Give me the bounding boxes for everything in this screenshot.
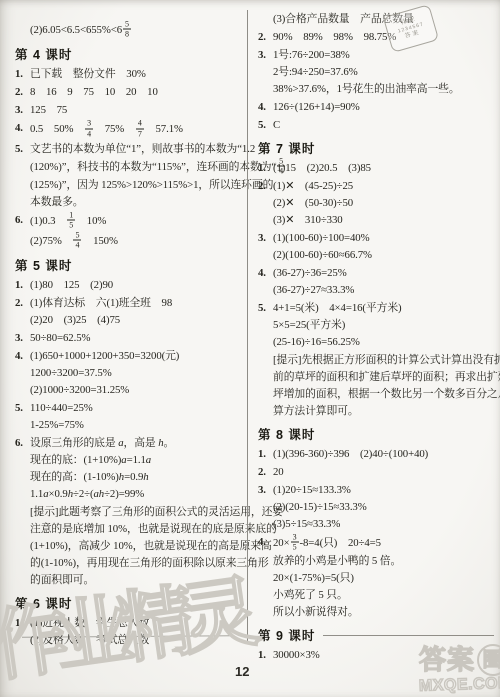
text-segment: 现在的高：(1-10%) <box>30 471 119 483</box>
answer-item: 4.0.5 50% 34 75% 47 57.1% <box>15 120 247 139</box>
answer-line: 文艺书的本数为单位“1”，则故事书的本数为“1.2 <box>30 141 247 158</box>
text-segment: 126÷(126+14)=90% <box>273 101 360 113</box>
answer-line: 小鸡死了 5 只。 <box>273 587 494 604</box>
text-segment: [提示]此题考察了三角形的面积公式的灵活运用，还要 <box>30 506 283 518</box>
section-heading-label: 第 8 课时 <box>258 425 315 443</box>
text-segment: =0.9 <box>124 471 143 483</box>
item-content: 20×35-8=4(只) 20÷4=5放养的小鸡是小鸭的 5 倍。20×(1-7… <box>273 534 494 621</box>
fraction: 15 <box>67 211 75 230</box>
text-segment: (2)20 (3)25 (4)75 <box>30 314 120 326</box>
text-segment: 57.1% <box>145 124 183 136</box>
answer-line: 125 75 <box>30 102 247 119</box>
item-number: 1. <box>258 647 273 664</box>
answer-line: (125%)”，因为 125%>120%>115%>1，所以连环画的 <box>30 177 247 194</box>
text-segment: 20 <box>273 466 284 478</box>
item-content: 8 16 9 75 10 20 10 <box>30 84 247 101</box>
item-content: (1)650+1000+1200+350=3200(元)1200÷3200=37… <box>30 348 247 399</box>
text-segment: 5×5=25(平方米) <box>273 319 345 331</box>
item-content: 4+1=5(米) 4×4=16(平方米)5×5=25(平方米)(25-16)÷1… <box>273 300 494 351</box>
item-number: 1. <box>258 446 273 463</box>
answer-item: 6.设原三角形的底是 a，高是 h。现在的底：(1+10%)a=1.1a现在的高… <box>15 435 247 503</box>
answer-line: 现在的底：(1+10%)a=1.1a <box>30 452 247 469</box>
answer-item: 3.(1)20÷15≈133.3%(2)(20-15)÷15≈33.3%(3)5… <box>258 482 494 533</box>
item-number <box>15 504 30 589</box>
answer-line: (2)20 (3)25 (4)75 <box>30 312 247 329</box>
text-segment: 20× <box>273 537 290 549</box>
text-segment: (3)5÷15≈33.3% <box>273 518 340 530</box>
section-heading: 第 7 课时 <box>258 139 494 157</box>
answer-line: 110÷440=25% <box>30 400 247 417</box>
item-number: 5. <box>15 400 30 434</box>
text-segment: 2号:94÷250=37.6% <box>273 66 358 78</box>
item-number: 1. <box>15 615 30 649</box>
text-segment: =1.1 <box>127 454 146 466</box>
text-segment: 90% 89% 98% 98.75% <box>273 31 396 43</box>
answer-item: 5.110÷440=25%1-25%=75% <box>15 400 247 434</box>
text-segment: (125%)”，因为 125%>120%>115%>1，所以连环画的 <box>30 179 273 191</box>
text-segment: -8=4(只) 20÷4=5 <box>300 537 381 549</box>
item-number <box>258 352 273 420</box>
item-number: 5. <box>15 141 30 211</box>
answer-line: 注意的是底增加 10%，也就是说现在的底是原来底的 <box>30 521 247 538</box>
text-segment: 30000×3% <box>273 649 320 661</box>
answer-item: 1.30000×3% <box>258 647 494 664</box>
answer-line: 坪增加的面积，根据一个数比另一个数多百分之几的计 <box>273 386 494 403</box>
item-number: 2. <box>258 29 273 46</box>
paragraph: (2)6.05<6.5<655%<658 <box>15 21 247 40</box>
text-segment: h <box>143 471 148 483</box>
answer-line: (1)(396-360)÷396 (2)40÷(100+40) <box>273 446 494 463</box>
answer-line: (120%)”，科技书的本数为“115%”，连环画的本数为“54 <box>30 158 247 177</box>
answer-item: 1.(1)近视人数 学生总人数(2)及格人数 考试总人数 <box>15 615 247 649</box>
answer-item: 1.(1)80 125 (2)90 <box>15 277 247 294</box>
item-number: 3. <box>258 230 273 264</box>
answer-line: 前的草坪的面积和扩建后草坪的面积；再求出扩建后草 <box>273 369 494 386</box>
text-segment: (2)✕ (50-30)÷50 <box>273 197 353 209</box>
answer-item: 4.126÷(126+14)=90% <box>258 99 494 116</box>
site-url-watermark: MXQE.COM <box>419 674 500 696</box>
paragraph: [提示]此题考察了三角形的面积公式的灵活运用，还要注意的是底增加 10%，也就是… <box>15 504 247 589</box>
left-column: (2)6.05<6.5<655%<658第 4 课时1.已下载 整份文件 30%… <box>15 21 247 650</box>
item-number: 2. <box>15 295 30 329</box>
answer-line: (3)5÷15≈33.3% <box>273 516 494 533</box>
answer-item: 2.(1)体育达标 六(1)班全班 98(2)20 (3)25 (4)75 <box>15 295 247 329</box>
answer-item: 5.4+1=5(米) 4×4=16(平方米)5×5=25(平方米)(25-16)… <box>258 300 494 351</box>
text-segment: 的(1-10%)，再用现在三角形的面积除以原来三角形 <box>30 557 269 569</box>
answer-item: 2.8 16 9 75 10 20 10 <box>15 84 247 101</box>
item-number: 1. <box>15 66 30 83</box>
text-segment: (36-27)÷27≈33.3% <box>273 284 354 296</box>
answer-line: 38%>37.6%，1号花生的出油率高一些。 <box>273 81 494 98</box>
answer-line: 8 16 9 75 10 20 10 <box>30 84 247 101</box>
answer-line: 4+1=5(米) 4×4=16(平方米) <box>273 300 494 317</box>
text-segment: 所以小新说得对。 <box>273 606 359 618</box>
text-segment: 20×(1-75%)=5(只) <box>273 572 354 584</box>
item-content: (1)0.3 15 10%(2)75% 54 150% <box>30 212 247 251</box>
column-divider <box>247 10 248 642</box>
item-number: 2. <box>258 464 273 481</box>
text-segment: (1)20÷15≈133.3% <box>273 484 351 496</box>
text-segment: (1)近视人数 学生总人数 <box>30 617 149 629</box>
answer-line: 1200÷3200=37.5% <box>30 365 247 382</box>
section-heading-label: 第 9 课时 <box>258 626 315 644</box>
answer-line: 1-25%=75% <box>30 417 247 434</box>
item-content: 125 75 <box>30 102 247 119</box>
answer-line: (3)✕ 310÷330 <box>273 212 494 229</box>
item-content: 文艺书的本数为单位“1”，则故事书的本数为“1.2(120%)”，科技书的本数为… <box>30 141 247 211</box>
text-segment: 本数最多。 <box>30 196 83 208</box>
item-number: 5. <box>258 300 273 351</box>
section-heading: 第 8 课时 <box>258 425 494 443</box>
item-content: (2)6.05<6.5<655%<658 <box>30 21 247 40</box>
page-number: 12 <box>235 664 249 679</box>
text-segment: 38%>37.6%，1号花生的出油率高一些。 <box>273 83 460 95</box>
answer-line: (2)✕ (50-30)÷50 <box>273 195 494 212</box>
answer-item: 2.90% 89% 98% 98.75% <box>258 29 494 46</box>
text-segment: ah <box>93 488 104 500</box>
item-number: 2. <box>258 178 273 229</box>
item-content: [提示]此题考察了三角形的面积公式的灵活运用，还要注意的是底增加 10%，也就是… <box>30 504 247 589</box>
answer-line: (1)✕ (45-25)÷25 <box>273 178 494 195</box>
answer-item: 5.C <box>258 117 494 134</box>
answer-item: 6.(1)0.3 15 10%(2)75% 54 150% <box>15 212 247 251</box>
answer-line: 5×5=25(平方米) <box>273 317 494 334</box>
answer-line: 30000×3% <box>273 647 494 664</box>
answer-line: (1+10%)，高减少 10%，也就是说现在的高是原来高 <box>30 538 247 555</box>
text-segment: (1)15 (2)20.5 (3)85 <box>273 162 371 174</box>
fraction: 47 <box>136 119 144 138</box>
text-segment: 1.1 <box>30 488 43 500</box>
answer-item: 4.(36-27)÷36=25%(36-27)÷27≈33.3% <box>258 265 494 299</box>
item-number: 3. <box>15 330 30 347</box>
answer-line: 现在的高：(1-10%)h=0.9h <box>30 469 247 486</box>
text-segment: (36-27)÷36=25% <box>273 267 347 279</box>
heading-rule <box>323 635 494 636</box>
section-heading-label: 第 5 课时 <box>15 256 72 274</box>
section-heading: 第 4 课时 <box>15 45 247 63</box>
item-content: (1)(396-360)÷396 (2)40÷(100+40) <box>273 446 494 463</box>
text-segment: (2)1000÷3200=31.25% <box>30 384 129 396</box>
text-segment: 的面积即可。 <box>30 574 94 586</box>
answer-line: 20 <box>273 464 494 481</box>
section-heading: 第 9 课时 <box>258 626 494 644</box>
fraction: 35 <box>291 533 299 552</box>
item-content: (1)20÷15≈133.3%(2)(20-15)÷15≈33.3%(3)5÷1… <box>273 482 494 533</box>
item-content: (1)近视人数 学生总人数(2)及格人数 考试总人数 <box>30 615 247 649</box>
item-content: (1)15 (2)20.5 (3)85 <box>273 160 494 177</box>
item-content: (1)80 125 (2)90 <box>30 277 247 294</box>
text-segment: 。 <box>164 437 175 449</box>
item-content: [提示]先根据正方形面积的计算公式计算出没有扩建前的草坪的面积和扩建后草坪的面积… <box>273 352 494 420</box>
answer-item: 3.(1)(100-60)÷100=40%(2)(100-60)÷60≈66.7… <box>258 230 494 264</box>
text-segment: 4+1=5(米) 4×4=16(平方米) <box>273 302 402 314</box>
answer-item: 1.(1)(396-360)÷396 (2)40÷(100+40) <box>258 446 494 463</box>
text-segment: ÷2)=99% <box>104 488 144 500</box>
text-segment: (1)0.3 <box>30 215 66 227</box>
answer-line: (36-27)÷27≈33.3% <box>273 282 494 299</box>
answer-line: (36-27)÷36=25% <box>273 265 494 282</box>
text-segment: 110÷440=25% <box>30 402 93 414</box>
text-segment: (1)(396-360)÷396 (2)40÷(100+40) <box>273 448 428 460</box>
answer-line: 的(1-10%)，再用现在三角形的面积除以原来三角形 <box>30 555 247 572</box>
answer-line: 20×(1-75%)=5(只) <box>273 570 494 587</box>
item-content: C <box>273 117 494 134</box>
text-segment: (2)75% <box>30 235 72 247</box>
item-number: 5. <box>258 117 273 134</box>
text-segment: (1)650+1000+1200+350=3200(元) <box>30 350 179 362</box>
item-number: 1. <box>258 160 273 177</box>
text-segment: 前的草坪的面积和扩建后草坪的面积；再求出扩建后草 <box>273 371 500 383</box>
text-segment: (2)(20-15)÷15≈33.3% <box>273 501 367 513</box>
workbook-answer-page: (2)6.05<6.5<655%<658第 4 课时1.已下载 整份文件 30%… <box>0 0 500 697</box>
item-content: 已下载 整份文件 30% <box>30 66 247 83</box>
section-heading-label: 第 6 课时 <box>15 594 72 612</box>
item-number: 4. <box>15 120 30 139</box>
text-segment: 1-25%=75% <box>30 419 84 431</box>
item-number <box>15 21 30 40</box>
answer-line: 2号:94÷250=37.6% <box>273 64 494 81</box>
item-content: (1)✕ (45-25)÷25(2)✕ (50-30)÷50(3)✕ 310÷3… <box>273 178 494 229</box>
answer-line: (1)体育达标 六(1)班全班 98 <box>30 295 247 312</box>
item-content: 20 <box>273 464 494 481</box>
item-content: (1)(100-60)÷100=40%(2)(100-60)÷60≈66.7% <box>273 230 494 264</box>
text-segment: 1号:76÷200=38% <box>273 49 350 61</box>
text-segment: (25-16)÷16=56.25% <box>273 336 360 348</box>
answer-item: 1.已下载 整份文件 30% <box>15 66 247 83</box>
text-segment: 注意的是底增加 10%，也就是说现在的底是原来底的 <box>30 523 277 535</box>
item-number: 4. <box>258 99 273 116</box>
text-segment: 8 16 9 75 10 20 10 <box>30 86 158 98</box>
text-segment: 75% <box>94 124 135 136</box>
answer-line: 50÷80=62.5% <box>30 330 247 347</box>
text-segment: 坪增加的面积，根据一个数比另一个数多百分之几的计 <box>273 388 500 400</box>
item-content: 0.5 50% 34 75% 47 57.1% <box>30 120 247 139</box>
item-content: 90% 89% 98% 98.75% <box>273 29 494 46</box>
item-number: 3. <box>258 47 273 98</box>
answer-line: 放养的小鸡是小鸭的 5 倍。 <box>273 553 494 570</box>
answer-line: (1)(100-60)÷100=40% <box>273 230 494 247</box>
fraction: 58 <box>123 20 131 39</box>
answer-item: 2.(1)✕ (45-25)÷25(2)✕ (50-30)÷50(3)✕ 310… <box>258 178 494 229</box>
text-segment: 10% <box>76 215 106 227</box>
answer-item: 3.1号:76÷200=38%2号:94÷250=37.6%38%>37.6%，… <box>258 47 494 98</box>
answer-item: 3.125 75 <box>15 102 247 119</box>
text-segment: 150% <box>82 235 118 247</box>
text-segment: (3)✕ 310÷330 <box>273 214 343 226</box>
item-number: 4. <box>258 534 273 621</box>
answer-item: 1.(1)15 (2)20.5 (3)85 <box>258 160 494 177</box>
paragraph: (3)合格产品数量 产品总数量 <box>258 11 494 28</box>
text-segment: ，高是 <box>124 437 159 449</box>
answer-line: [提示]此题考察了三角形的面积公式的灵活运用，还要 <box>30 504 247 521</box>
item-content: 1号:76÷200=38%2号:94÷250=37.6%38%>37.6%，1号… <box>273 47 494 98</box>
text-segment: 文艺书的本数为单位“1”，则故事书的本数为“1.2 <box>30 143 255 155</box>
right-column: (3)合格产品数量 产品总数量2.90% 89% 98% 98.75%3.1号:… <box>258 11 494 665</box>
answer-line: (1)15 (2)20.5 (3)85 <box>273 160 494 177</box>
answer-item: 3.50÷80=62.5% <box>15 330 247 347</box>
item-content: 30000×3% <box>273 647 494 664</box>
text-segment: (1+10%)，高减少 10%，也就是说现在的高是原来高 <box>30 540 272 552</box>
answer-line: (1)80 125 (2)90 <box>30 277 247 294</box>
answer-line: (25-16)÷16=56.25% <box>273 334 494 351</box>
section-heading-label: 第 7 课时 <box>258 139 315 157</box>
text-segment: (2)(100-60)÷60≈66.7% <box>273 249 372 261</box>
answer-line: 1号:76÷200=38% <box>273 47 494 64</box>
text-segment: 现在的底：(1+10%) <box>30 454 121 466</box>
item-number: 6. <box>15 212 30 251</box>
text-segment: 小鸡死了 5 只。 <box>273 589 348 601</box>
item-number: 6. <box>15 435 30 503</box>
text-segment: ÷2÷( <box>73 488 93 500</box>
answer-line: (2)(100-60)÷60≈66.7% <box>273 247 494 264</box>
item-number: 4. <box>15 348 30 399</box>
answer-line: 1.1a×0.9h÷2÷(ah÷2)=99% <box>30 486 247 503</box>
paragraph: [提示]先根据正方形面积的计算公式计算出没有扩建前的草坪的面积和扩建后草坪的面积… <box>258 352 494 420</box>
answer-line: (1)20÷15≈133.3% <box>273 482 494 499</box>
answer-line: C <box>273 117 494 134</box>
answer-line: 20×35-8=4(只) 20÷4=5 <box>273 534 494 553</box>
answer-line: 设原三角形的底是 a，高是 h。 <box>30 435 247 452</box>
text-segment: (120%)”，科技书的本数为“115%”，连环画的本数为“ <box>30 161 276 173</box>
answer-line: (2)75% 54 150% <box>30 232 247 251</box>
fraction: 54 <box>73 230 81 249</box>
answer-line: 的面积即可。 <box>30 572 247 589</box>
answer-line: 0.5 50% 34 75% 47 57.1% <box>30 120 247 139</box>
text-segment: 设原三角形的底是 <box>30 437 118 449</box>
answer-line: (1)0.3 15 10% <box>30 212 247 231</box>
item-content: 设原三角形的底是 a，高是 h。现在的底：(1+10%)a=1.1a现在的高：(… <box>30 435 247 503</box>
answer-line: 本数最多。 <box>30 194 247 211</box>
answer-line: 所以小新说得对。 <box>273 604 494 621</box>
text-segment: 放养的小鸡是小鸭的 5 倍。 <box>273 555 401 567</box>
text-segment: 0.5 50% <box>30 124 84 136</box>
item-number: 1. <box>15 277 30 294</box>
answer-line: (2)6.05<6.5<655%<658 <box>30 21 247 40</box>
item-content: (36-27)÷36=25%(36-27)÷27≈33.3% <box>273 265 494 299</box>
answer-item: 5.文艺书的本数为单位“1”，则故事书的本数为“1.2(120%)”，科技书的本… <box>15 141 247 211</box>
answer-line: 算方法计算即可。 <box>273 403 494 420</box>
answer-line: (2)1000÷3200=31.25% <box>30 382 247 399</box>
item-number: 4. <box>258 265 273 299</box>
answer-line: 90% 89% 98% 98.75% <box>273 29 494 46</box>
section-heading: 第 5 课时 <box>15 256 247 274</box>
text-segment: (1)体育达标 六(1)班全班 98 <box>30 297 172 309</box>
item-number: 2. <box>15 84 30 101</box>
answer-line: 已下载 整份文件 30% <box>30 66 247 83</box>
item-content: 110÷440=25%1-25%=75% <box>30 400 247 434</box>
answer-line: (2)(20-15)÷15≈33.3% <box>273 499 494 516</box>
answer-line: (1)近视人数 学生总人数 <box>30 615 247 632</box>
answer-line: [提示]先根据正方形面积的计算公式计算出没有扩建 <box>273 352 494 369</box>
text-segment: a <box>146 454 151 466</box>
text-segment: 已下载 整份文件 30% <box>30 68 146 80</box>
text-segment: C <box>273 119 280 131</box>
text-segment: (2)6.05<6.5<655%<6 <box>30 24 122 36</box>
fraction: 34 <box>85 119 93 138</box>
text-segment: 1200÷3200=37.5% <box>30 367 112 379</box>
answer-line: (1)650+1000+1200+350=3200(元) <box>30 348 247 365</box>
item-content: 50÷80=62.5% <box>30 330 247 347</box>
item-number <box>258 11 273 28</box>
text-segment: 算方法计算即可。 <box>273 405 359 417</box>
item-number: 3. <box>258 482 273 533</box>
answer-item: 4.(1)650+1000+1200+350=3200(元)1200÷3200=… <box>15 348 247 399</box>
text-segment: (1)✕ (45-25)÷25 <box>273 180 353 192</box>
text-segment: ×0.9 <box>49 488 68 500</box>
item-content: 126÷(126+14)=90% <box>273 99 494 116</box>
text-segment: 125 75 <box>30 104 67 116</box>
text-segment: (1)80 125 (2)90 <box>30 279 113 291</box>
answer-line: 126÷(126+14)=90% <box>273 99 494 116</box>
item-content: (1)体育达标 六(1)班全班 98(2)20 (3)25 (4)75 <box>30 295 247 329</box>
text-segment: (1)(100-60)÷100=40% <box>273 232 369 244</box>
text-segment: [提示]先根据正方形面积的计算公式计算出没有扩建 <box>273 354 500 366</box>
section-heading-label: 第 4 课时 <box>15 45 72 63</box>
answer-item: 2.20 <box>258 464 494 481</box>
section-heading: 第 6 课时 <box>15 594 247 612</box>
item-number: 3. <box>15 102 30 119</box>
answer-item: 4.20×35-8=4(只) 20÷4=5放养的小鸡是小鸭的 5 倍。20×(1… <box>258 534 494 621</box>
text-segment: 50÷80=62.5% <box>30 332 90 344</box>
